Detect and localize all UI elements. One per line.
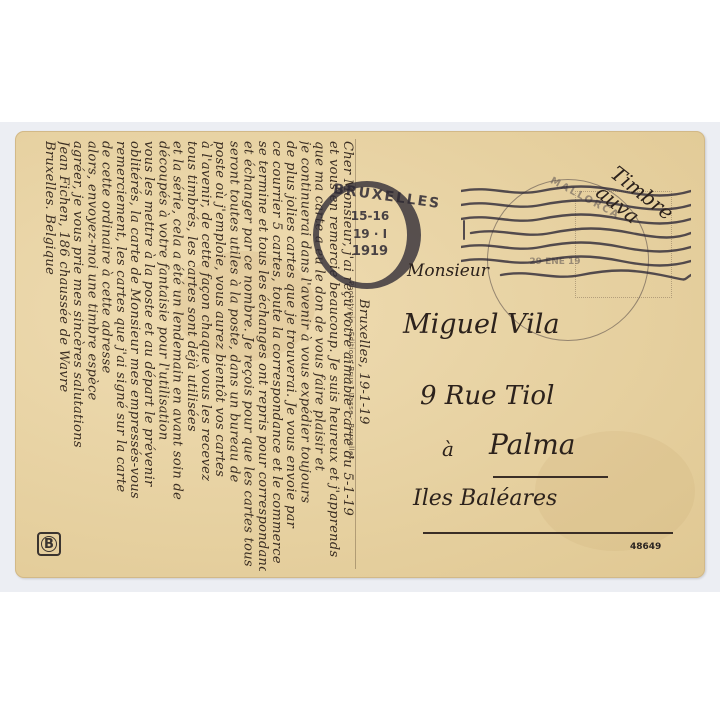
publisher-line: Phototypie · Éditions Brux · Lasse · Bru…: [347, 281, 355, 541]
message-line: alors, envoyez-moi une timbre espèce: [83, 141, 99, 571]
message-line: vous les mettre à la poste et au départ …: [140, 141, 156, 571]
publisher-logo-letter: B: [44, 537, 54, 552]
postmark-time: 15-16: [345, 209, 395, 223]
address-prefix: à: [442, 437, 454, 461]
message-line: à l'avenir, de cette façon chaque vous l…: [197, 141, 213, 571]
postmark-year: 1919: [345, 244, 395, 259]
message-line: je continuerai dans l'avenir à vous expé…: [296, 141, 312, 571]
catalog-number: 48649: [630, 542, 661, 552]
city-underline: [493, 476, 608, 478]
message-line: tous timbrés, les cartes sont déjà utili…: [183, 141, 199, 571]
message-line: seront toutes utiles à la poste, dans un…: [225, 141, 241, 571]
publisher-logo: B: [37, 532, 61, 556]
postcard: Cher Monsieur, j'ai reçu votre aimable c…: [15, 131, 705, 578]
address-region: Iles Baléares: [413, 486, 557, 511]
message-line: oblitérés, la carte de Monsieur mes empr…: [126, 141, 142, 571]
message-line: découpés à votre fantaisie pour l'utilis…: [154, 141, 170, 571]
message-line: agréer, je vous prie mes sincères saluta…: [69, 141, 85, 571]
message-line: remerciement, les cartes que j'ai signé …: [112, 141, 128, 571]
message-line: de cette ordinaire à cette adresse: [98, 141, 114, 571]
message-line: de plus jolies cartes que je trouverai. …: [282, 141, 298, 571]
message-line: Bruxelles. Belgique: [41, 141, 57, 571]
handwritten-message: Cher Monsieur, j'ai reçu votre aimable c…: [21, 135, 351, 573]
address-street: 9 Rue Tiol: [420, 381, 554, 411]
message-line: et la série, cela a été un lendemain en …: [169, 141, 185, 571]
message-line: et échanger par ce nombre. Je reçois pou…: [240, 141, 256, 571]
postmark-day-month: 19 · I: [345, 227, 395, 241]
message-line: se termine et tous les échanges ont repr…: [254, 141, 270, 571]
message-line: poste où j'emploie, vous aurez bientôt v…: [211, 141, 227, 571]
message-line: ce courrier 5 cartes, toute la correspon…: [268, 141, 284, 571]
message-line: Jean Fichen, 186 chaussée de Wavre: [55, 141, 71, 571]
address-name: Miguel Vila: [403, 309, 560, 340]
address-city: Palma: [489, 428, 575, 461]
address-salutation: Monsieur: [407, 261, 489, 281]
message-dateline: Bruxelles, 19-1-19: [355, 299, 371, 569]
address-rule: [423, 532, 673, 534]
